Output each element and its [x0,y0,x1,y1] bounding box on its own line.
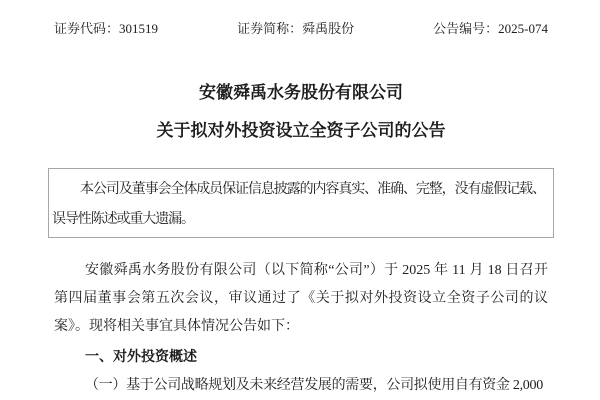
stock-short-name: 证券简称：舜禹股份 [237,21,354,37]
section-paragraph: （一）基于公司战略规划及未来经营发展的需要，公司拟使用自有资金 2,000 [54,372,548,400]
securities-header-row: 证券代码：301519 证券简称：舜禹股份 公告编号：2025-074 [54,21,548,37]
announcement-number: 公告编号：2025-074 [433,21,548,37]
section-heading-investment-overview: 一、对外投资概述 [54,344,548,372]
announcement-title: 关于拟对外投资设立全资子公司的公告 [54,119,548,143]
declaration-box: 本公司及董事会全体成员保证信息披露的内容真实、准确、完整，没有虚假记载、误导性陈… [48,168,554,238]
stock-code: 证券代码：301519 [54,21,158,37]
announcement-page: 证券代码：301519 证券简称：舜禹股份 公告编号：2025-074 安徽舜禹… [0,0,600,400]
body-paragraph: 安徽舜禹水务股份有限公司（以下简称“公司”）于 2025 年 11 月 18 日… [54,257,548,341]
company-title: 安徽舜禹水务股份有限公司 [54,81,548,105]
